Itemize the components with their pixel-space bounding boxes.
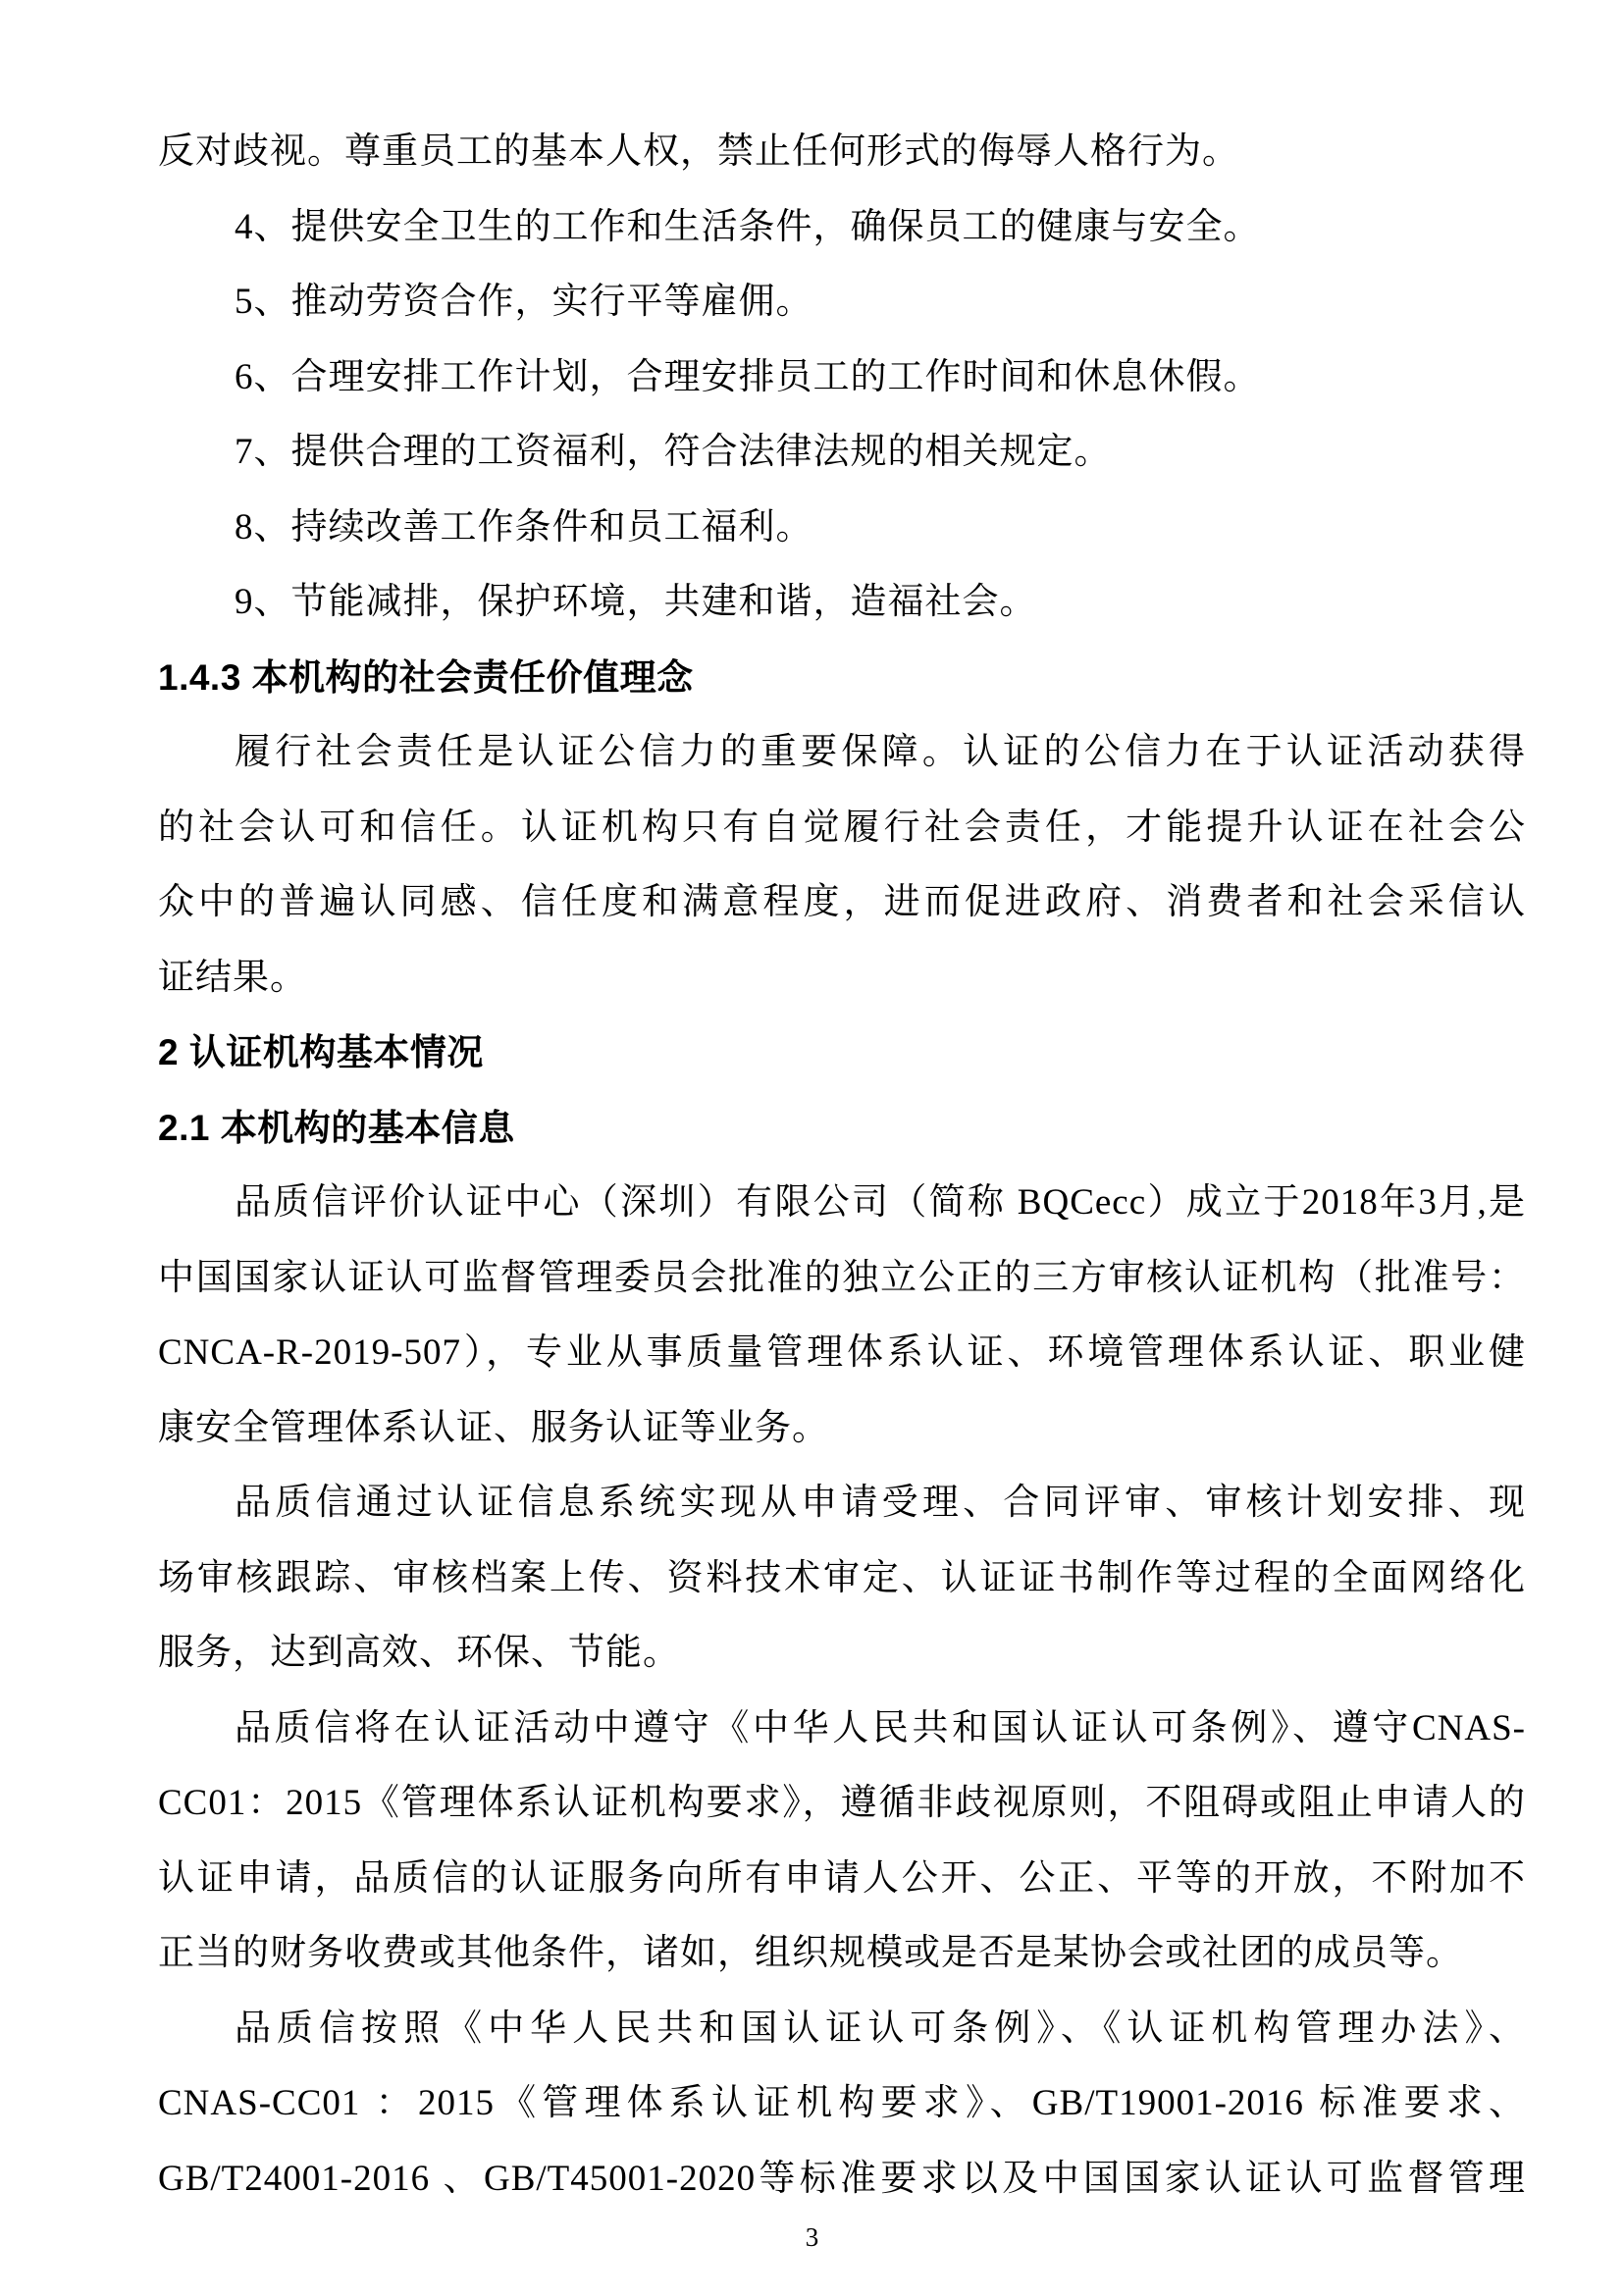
paragraph-line: GB/T24001-2016 、GB/T45001-2020等标准要求以及中国国… <box>158 2142 1526 2217</box>
list-item-9: 9、节能减排，保护环境，共建和谐，造福社会。 <box>158 565 1526 641</box>
paragraph-line: CC01：2015《管理体系认证机构要求》，遵循非歧视原则，不阻碍或阻止申请人的 <box>158 1766 1526 1842</box>
paragraph-line: 品质信按照《中华人民共和国认证认可条例》、《认证机构管理办法》、 <box>158 1992 1526 2067</box>
paragraph-line: 服务，达到高效、环保、节能。 <box>158 1616 1526 1692</box>
paragraph-line: 正当的财务收费或其他条件，诸如，组织规模或是否是某协会或社团的成员等。 <box>158 1916 1526 1992</box>
paragraph-line: 品质信评价认证中心（深圳）有限公司（简称 BQCecc）成立于2018年3月,是 <box>158 1166 1526 1241</box>
heading-2-1: 2.1 本机构的基本信息 <box>158 1091 1526 1167</box>
list-item-5: 5、推动劳资合作，实行平等雇佣。 <box>158 265 1526 340</box>
paragraph-line: 的社会认可和信任。认证机构只有自觉履行社会责任，才能提升认证在社会公 <box>158 791 1526 866</box>
paragraph-line: 康安全管理体系认证、服务认证等业务。 <box>158 1391 1526 1467</box>
paragraph-line: 认证申请，品质信的认证服务向所有申请人公开、公正、平等的开放，不附加不 <box>158 1842 1526 1917</box>
paragraph-line: 品质信通过认证信息系统实现从申请受理、合同评审、审核计划安排、现 <box>158 1466 1526 1541</box>
paragraph-line: 众中的普遍认同感、信任度和满意程度，进而促进政府、消费者和社会采信认 <box>158 865 1526 941</box>
paragraph-line: 证结果。 <box>158 941 1526 1017</box>
paragraph-line: CNAS-CC01 ：2015《管理体系认证机构要求》、GB/T19001-20… <box>158 2066 1526 2142</box>
paragraph-line: 中国国家认证认可监督管理委员会批准的独立公正的三方审核认证机构（批准号： <box>158 1241 1526 1317</box>
text-column: 反对歧视。尊重员工的基本人权，禁止任何形式的侮辱人格行为。 4、提供安全卫生的工… <box>158 115 1526 2217</box>
heading-1-4-3: 1.4.3 本机构的社会责任价值理念 <box>158 641 1526 716</box>
paragraph-line: 履行社会责任是认证公信力的重要保障。认证的公信力在于认证活动获得 <box>158 715 1526 791</box>
carryover-paragraph-line: 反对歧视。尊重员工的基本人权，禁止任何形式的侮辱人格行为。 <box>158 115 1526 190</box>
page-number: 3 <box>0 2219 1624 2255</box>
paragraph-line: CNCA-R-2019-507），专业从事质量管理体系认证、环境管理体系认证、职… <box>158 1316 1526 1391</box>
list-item-4: 4、提供安全卫生的工作和生活条件，确保员工的健康与安全。 <box>158 190 1526 266</box>
paragraph-line: 品质信将在认证活动中遵守《中华人民共和国认证认可条例》、遵守CNAS- <box>158 1692 1526 1767</box>
paragraph-line: 场审核跟踪、审核档案上传、资料技术审定、认证证书制作等过程的全面网络化 <box>158 1541 1526 1617</box>
list-item-8: 8、持续改善工作条件和员工福利。 <box>158 491 1526 566</box>
heading-2: 2 认证机构基本情况 <box>158 1016 1526 1091</box>
document-page: 反对歧视。尊重员工的基本人权，禁止任何形式的侮辱人格行为。 4、提供安全卫生的工… <box>0 0 1624 2295</box>
list-item-7: 7、提供合理的工资福利，符合法律法规的相关规定。 <box>158 415 1526 491</box>
list-item-6: 6、合理安排工作计划，合理安排员工的工作时间和休息休假。 <box>158 340 1526 416</box>
